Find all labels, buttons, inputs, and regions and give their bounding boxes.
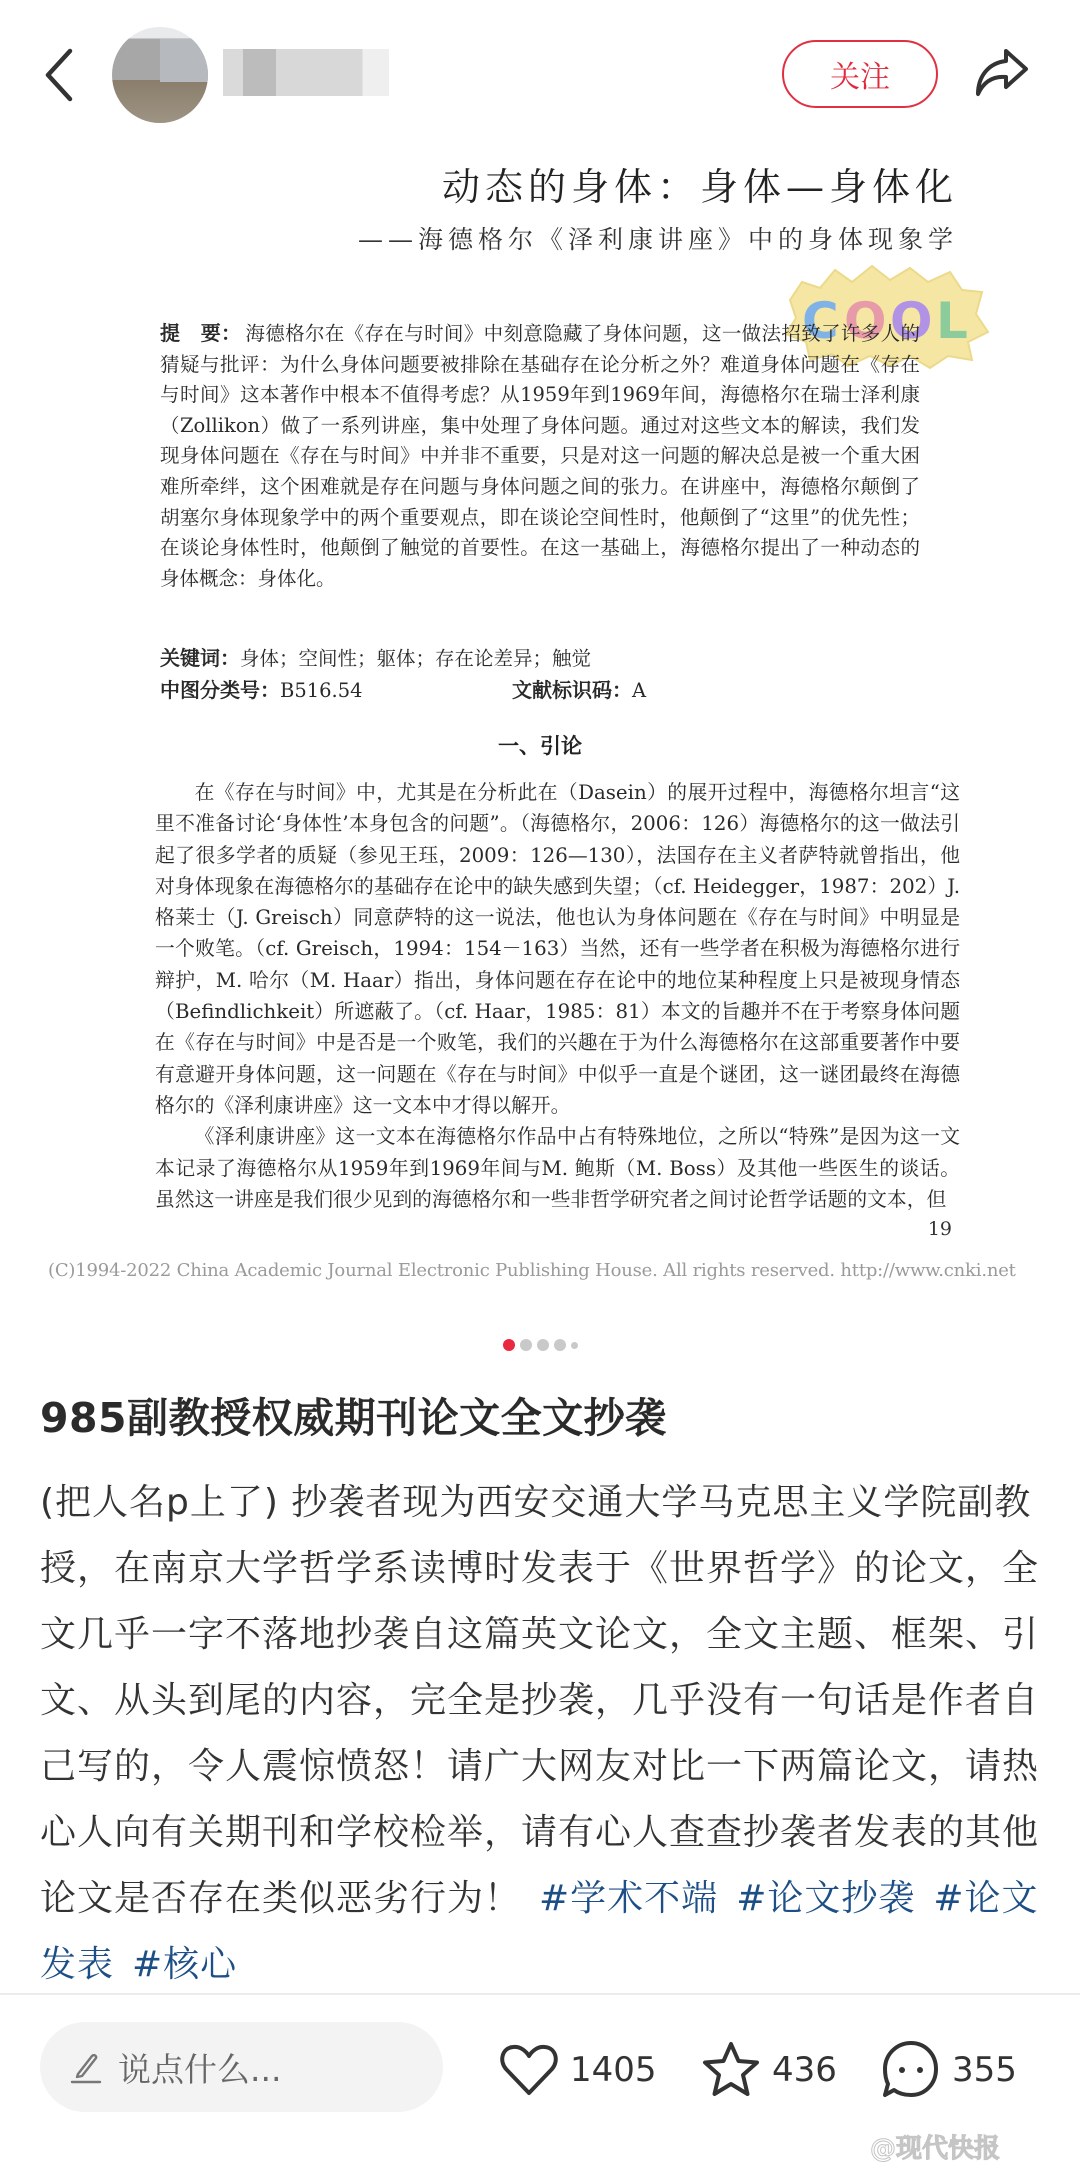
share-button[interactable] [970,45,1030,100]
hashtag-academic-misconduct[interactable]: #学术不端 [539,1878,718,1919]
favorite-button[interactable]: 436 [700,2030,837,2110]
comment-count: 355 [952,2050,1017,2090]
like-count: 1405 [570,2050,657,2090]
image-carousel[interactable]: 动态的身体：身体—身体化 ——海德格尔《泽利康讲座》中的身体现象学 C O O … [0,140,1080,1300]
copyright-footer: (C)1994-2022 China Academic Journal Elec… [48,1260,1016,1281]
paper-paragraph: 《泽利康讲座》这一文本在海德格尔作品中占有特殊地位，之所以“特殊”是因为这一文本… [155,1121,960,1215]
post-text: (把人名p上了) 抄袭者现为西安交通大学马克思主义学院副教授，在南京大学哲学系读… [40,1482,1039,1919]
post-body: (把人名p上了) 抄袭者现为西安交通大学马克思主义学院副教授，在南京大学哲学系读… [40,1470,1045,1998]
carousel-indicator [0,1335,1080,1355]
author-name-blurred[interactable] [223,49,389,96]
classification-line: 中图分类号：B516.54 [160,674,363,703]
author-avatar[interactable] [112,27,208,123]
comment-button[interactable]: 355 [880,2030,1017,2110]
hashtag-core[interactable]: #核心 [132,1944,237,1985]
paper-title: 动态的身体：身体—身体化 [442,156,958,211]
follow-button[interactable]: 关注 [782,40,938,108]
clc-label: 中图分类号： [160,678,280,702]
paper-body: 在《存在与时间》中，尤其是在分析此在（Dasein）的展开过程中，海德格尔坦言“… [155,777,960,1215]
chevron-left-icon [40,45,80,105]
keywords-value: 身体；空间性；躯体；存在论差异；触觉 [240,647,591,670]
favorite-count: 436 [772,2050,837,2090]
keywords-line: 关键词：身体；空间性；躯体；存在论差异；触觉 [160,642,591,671]
share-arrow-icon [970,45,1030,100]
section-heading: 一、引论 [0,730,1080,760]
heart-icon [498,2039,560,2101]
carousel-dot[interactable] [571,1342,578,1349]
comment-input[interactable]: 说点什么... [40,2022,443,2112]
paper-paragraph: 在《存在与时间》中，尤其是在分析此在（Dasein）的展开过程中，海德格尔坦言“… [155,777,960,1121]
paper-subtitle: ——海德格尔《泽利康讲座》中的身体现象学 [358,220,958,256]
carousel-dot-active[interactable] [503,1339,515,1351]
post-title: 985副教授权威期刊论文全文抄袭 [40,1385,667,1444]
like-button[interactable]: 1405 [498,2030,657,2110]
star-icon [700,2039,762,2101]
hashtag-plagiarism[interactable]: #论文抄袭 [736,1878,915,1919]
paper-abstract: 提 要：海德格尔在《存在与时间》中刻意隐藏了身体问题，这一做法招致了许多人的猜疑… [160,318,920,594]
bottom-bar-divider [0,1993,1080,1995]
pencil-icon [70,2050,102,2084]
svg-text:L: L [936,292,968,350]
top-nav-bar: 关注 [0,0,1080,140]
clc-value: B516.54 [280,679,363,702]
comment-bubble-icon [880,2039,942,2101]
comment-placeholder: 说点什么... [118,2044,281,2091]
abstract-label: 提 要： [160,321,241,345]
paper-screenshot: 动态的身体：身体—身体化 ——海德格尔《泽利康讲座》中的身体现象学 C O O … [0,140,1080,1300]
doc-code-label: 文献标识码： [512,678,632,702]
doc-code-line: 文献标识码：A [512,674,646,703]
abstract-text: 海德格尔在《存在与时间》中刻意隐藏了身体问题，这一做法招致了许多人的猜疑与批评：… [160,322,920,590]
keywords-label: 关键词： [160,646,240,670]
carousel-dot[interactable] [554,1339,566,1351]
carousel-dot[interactable] [520,1339,532,1351]
page-number: 19 [928,1218,952,1240]
source-watermark: @现代快报 [870,2128,1000,2165]
doc-code-value: A [632,679,646,702]
back-button[interactable] [40,45,80,105]
carousel-dot[interactable] [537,1339,549,1351]
